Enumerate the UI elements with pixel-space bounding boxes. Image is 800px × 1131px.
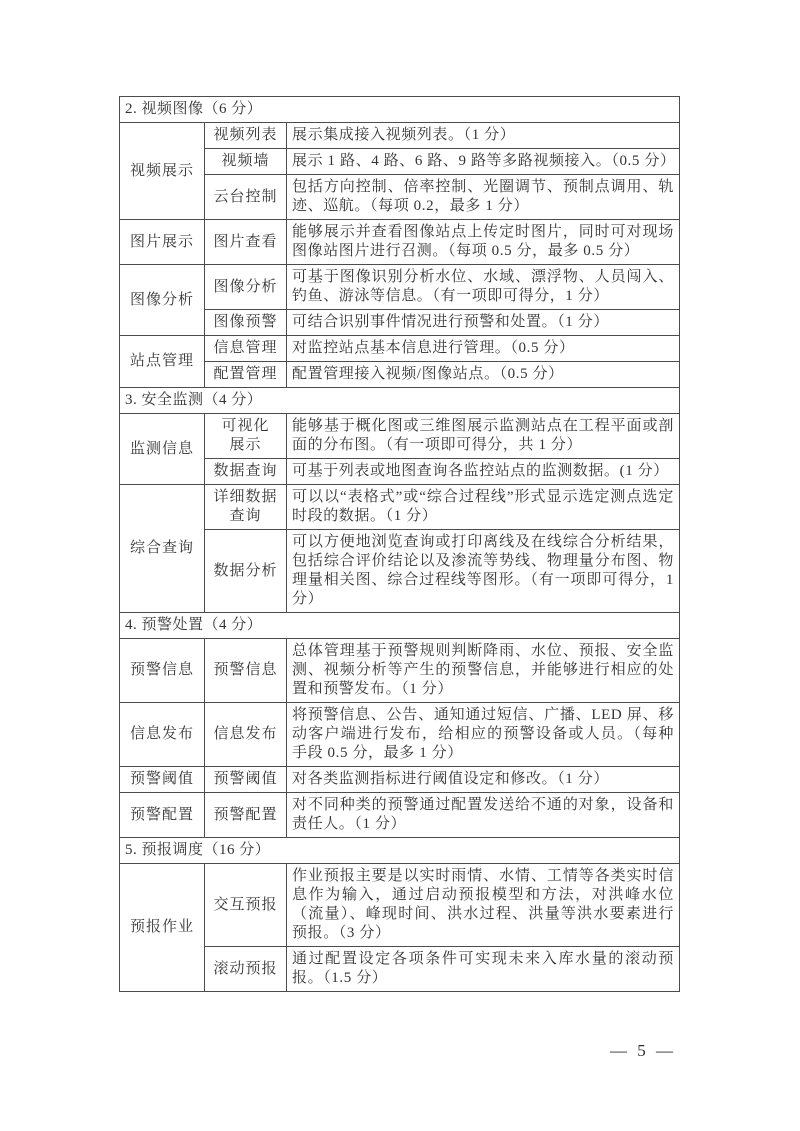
sub-item-cell: 详细数据 查询 xyxy=(205,485,287,530)
sub-item-cell: 视频列表 xyxy=(205,123,287,149)
desc-cell: 可以以“表格式”或“综合过程线”形式显示选定测点选定时段的数据。（1 分） xyxy=(287,485,680,530)
document-page: 2. 视频图像（6 分）视频展示视频列表展示集成接入视频列表。（1 分）视频墙展… xyxy=(0,0,800,1131)
group-name-cell: 站点管理 xyxy=(120,336,205,388)
table-row: 图片展示图片查看能够展示并查看图像站点上传定时图片，同时可对现场图像站图片进行召… xyxy=(120,220,680,265)
section-header-row: 4. 预警处置（4 分） xyxy=(120,613,680,639)
table-row: 图像分析图像分析可基于图像识别分析水位、水域、漂浮物、人员闯入、钓鱼、游泳等信息… xyxy=(120,265,680,310)
section-header-row: 5. 预报调度（16 分） xyxy=(120,838,680,864)
sub-item-cell: 图像分析 xyxy=(205,265,287,310)
rubric-table-body: 2. 视频图像（6 分）视频展示视频列表展示集成接入视频列表。（1 分）视频墙展… xyxy=(120,97,680,992)
group-name-cell: 综合查询 xyxy=(120,485,205,613)
group-name-cell: 预警配置 xyxy=(120,793,205,838)
desc-cell: 将预警信息、公告、通知通过短信、广播、LED 屏、移动客户端进行发布，给相应的预… xyxy=(287,703,680,767)
table-row: 综合查询详细数据 查询可以以“表格式”或“综合过程线”形式显示选定测点选定时段的… xyxy=(120,485,680,530)
desc-cell: 可基于列表或地图查询各监控站点的监测数据。(1 分） xyxy=(287,459,680,485)
desc-cell: 总体管理基于预警规则判断降雨、水位、预报、安全监测、视频分析等产生的预警信息，并… xyxy=(287,639,680,703)
scoring-rubric-table: 2. 视频图像（6 分）视频展示视频列表展示集成接入视频列表。（1 分）视频墙展… xyxy=(119,96,680,992)
sub-item-cell: 云台控制 xyxy=(205,175,287,220)
desc-cell: 对各类监测指标进行阈值设定和修改。（1 分） xyxy=(287,767,680,793)
group-name-cell: 图片展示 xyxy=(120,220,205,265)
sub-item-cell: 预警阈值 xyxy=(205,767,287,793)
sub-item-cell: 可视化 展示 xyxy=(205,414,287,459)
sub-item-cell: 数据查询 xyxy=(205,459,287,485)
desc-cell: 展示 1 路、4 路、6 路、9 路等多路视频接入。（0.5 分） xyxy=(287,149,680,175)
section-header-row: 2. 视频图像（6 分） xyxy=(120,97,680,123)
sub-item-cell: 预警信息 xyxy=(205,639,287,703)
table-row: 监测信息可视化 展示能够基于概化图或三维图展示监测站点在工程平面或剖面的分布图。… xyxy=(120,414,680,459)
group-name-cell: 视频展示 xyxy=(120,123,205,220)
desc-cell: 作业预报主要是以实时雨情、水情、工情等各类实时信息作为输入，通过启动预报模型和方… xyxy=(287,864,680,947)
section-header-row: 3. 安全监测（4 分） xyxy=(120,388,680,414)
section-title: 2. 视频图像（6 分） xyxy=(120,97,680,123)
section-title: 4. 预警处置（4 分） xyxy=(120,613,680,639)
desc-cell: 通过配置设定各项条件可实现未来入库水量的滚动预报。（1.5 分） xyxy=(287,947,680,992)
desc-cell: 可以方便地浏览查询或打印离线及在线综合分析结果，包括综合评价结论以及渗流等势线、… xyxy=(287,530,680,613)
sub-item-cell: 信息管理 xyxy=(205,336,287,362)
section-title: 3. 安全监测（4 分） xyxy=(120,388,680,414)
desc-cell: 能够基于概化图或三维图展示监测站点在工程平面或剖面的分布图。（有一项即可得分，共… xyxy=(287,414,680,459)
desc-cell: 包括方向控制、倍率控制、光圈调节、预制点调用、轨迹、巡航。（每项 0.2，最多 … xyxy=(287,175,680,220)
sub-item-cell: 视频墙 xyxy=(205,149,287,175)
table-row: 站点管理信息管理对监控站点基本信息进行管理。（0.5 分） xyxy=(120,336,680,362)
group-name-cell: 监测信息 xyxy=(120,414,205,485)
sub-item-cell: 图片查看 xyxy=(205,220,287,265)
desc-cell: 展示集成接入视频列表。（1 分） xyxy=(287,123,680,149)
desc-cell: 对监控站点基本信息进行管理。（0.5 分） xyxy=(287,336,680,362)
page-number: — 5 — xyxy=(588,1041,698,1061)
table-row: 预警配置预警配置对不同种类的预警通过配置发送给不通的对象，设备和责任人。（1 分… xyxy=(120,793,680,838)
group-name-cell: 预警阈值 xyxy=(120,767,205,793)
sub-item-cell: 信息发布 xyxy=(205,703,287,767)
sub-item-cell: 预警配置 xyxy=(205,793,287,838)
group-name-cell: 预报作业 xyxy=(120,864,205,992)
group-name-cell: 预警信息 xyxy=(120,639,205,703)
section-title: 5. 预报调度（16 分） xyxy=(120,838,680,864)
table-row: 预警阈值预警阈值对各类监测指标进行阈值设定和修改。（1 分） xyxy=(120,767,680,793)
desc-cell: 对不同种类的预警通过配置发送给不通的对象，设备和责任人。（1 分） xyxy=(287,793,680,838)
sub-item-cell: 数据分析 xyxy=(205,530,287,613)
sub-item-cell: 图像预警 xyxy=(205,310,287,336)
desc-cell: 可基于图像识别分析水位、水域、漂浮物、人员闯入、钓鱼、游泳等信息。（有一项即可得… xyxy=(287,265,680,310)
sub-item-cell: 滚动预报 xyxy=(205,947,287,992)
desc-cell: 可结合识别事件情况进行预警和处置。（1 分） xyxy=(287,310,680,336)
sub-item-cell: 交互预报 xyxy=(205,864,287,947)
group-name-cell: 信息发布 xyxy=(120,703,205,767)
table-row: 预警信息预警信息总体管理基于预警规则判断降雨、水位、预报、安全监测、视频分析等产… xyxy=(120,639,680,703)
group-name-cell: 图像分析 xyxy=(120,265,205,336)
desc-cell: 能够展示并查看图像站点上传定时图片，同时可对现场图像站图片进行召测。（每项 0.… xyxy=(287,220,680,265)
table-row: 信息发布信息发布将预警信息、公告、通知通过短信、广播、LED 屏、移动客户端进行… xyxy=(120,703,680,767)
desc-cell: 配置管理接入视频/图像站点。（0.5 分） xyxy=(287,362,680,388)
table-row: 预报作业交互预报作业预报主要是以实时雨情、水情、工情等各类实时信息作为输入，通过… xyxy=(120,864,680,947)
sub-item-cell: 配置管理 xyxy=(205,362,287,388)
table-row: 视频展示视频列表展示集成接入视频列表。（1 分） xyxy=(120,123,680,149)
